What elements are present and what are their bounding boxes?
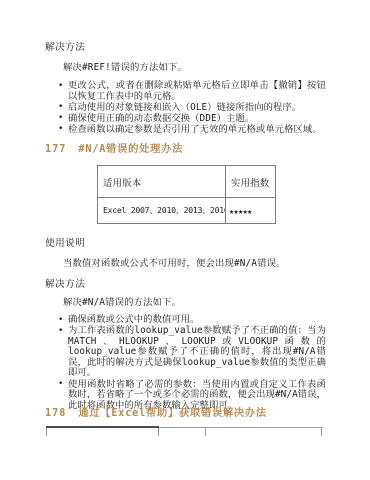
rating-stars: ★★★★★ bbox=[226, 197, 275, 223]
partial-table-column-divider bbox=[205, 428, 206, 436]
chapter-heading-177: 177 #N/A错误的处理办法 bbox=[45, 140, 183, 155]
list-item: 确保使用正确的动态数据交换（DDE）主题。 bbox=[68, 114, 326, 125]
partial-table-dark-border bbox=[46, 426, 159, 428]
chapter-heading-178: 178 通过【Excel帮助】获取错误解决办法 bbox=[45, 404, 267, 419]
table-header-versions: 适用版本 bbox=[98, 166, 226, 197]
list-item: 检查函数以确定参数是否引用了无效的单元格或单元格区域。 bbox=[68, 125, 326, 136]
ref-solution-list: 更改公式，或者在删除或粘贴单元格后立即单击【撤销】按钮以恢复工作表中的单元格。 … bbox=[68, 81, 326, 136]
solution-heading-ref: 解决方法 bbox=[45, 42, 85, 53]
table-header-row: 适用版本 实用指数 bbox=[98, 166, 275, 197]
version-rating-table: 适用版本 实用指数 Excel 2007、2010、2013、2016 ★★★★… bbox=[97, 165, 276, 224]
partial-table-column-divider bbox=[46, 428, 47, 436]
chapter-number: 177 bbox=[45, 144, 66, 155]
partial-table-top bbox=[46, 427, 323, 436]
table-header-rating: 实用指数 bbox=[226, 166, 275, 197]
list-item: 启动使用的对象链接和嵌入（OLE）链接所指向的程序。 bbox=[68, 103, 326, 114]
list-item: 更改公式，或者在删除或粘贴单元格后立即单击【撤销】按钮以恢复工作表中的单元格。 bbox=[68, 81, 326, 102]
chapter-title: #N/A错误的处理办法 bbox=[78, 140, 183, 155]
versions-cell: Excel 2007、2010、2013、2016 bbox=[98, 197, 226, 223]
solution-intro-na: 解决#N/A错误的方法如下。 bbox=[63, 298, 325, 309]
document-page: 解决方法 解决#REF!错误的方法如下。 更改公式，或者在删除或粘贴单元格后立即… bbox=[0, 0, 370, 480]
chapter-number: 178 bbox=[45, 408, 66, 419]
usage-heading: 使用说明 bbox=[45, 238, 85, 249]
partial-table-column-divider bbox=[158, 428, 159, 436]
chapter-title: 通过【Excel帮助】获取错误解决办法 bbox=[78, 404, 267, 419]
partial-table-column-divider bbox=[321, 428, 322, 436]
solution-heading-na: 解决方法 bbox=[45, 279, 85, 290]
solution-intro-ref: 解决#REF!错误的方法如下。 bbox=[63, 63, 325, 74]
na-solution-list: 确保函数或公式中的数值可用。 为工作表函数的lookup_value参数赋予了不… bbox=[68, 315, 326, 412]
list-item: 确保函数或公式中的数值可用。 bbox=[68, 315, 326, 326]
list-item: 为工作表函数的lookup_value参数赋予了不正确的值：当为MATCH、HL… bbox=[68, 326, 326, 379]
table-row: Excel 2007、2010、2013、2016 ★★★★★ bbox=[98, 197, 275, 223]
usage-text: 当数值对函数或公式不可用时，便会出现#N/A错误。 bbox=[63, 259, 325, 270]
